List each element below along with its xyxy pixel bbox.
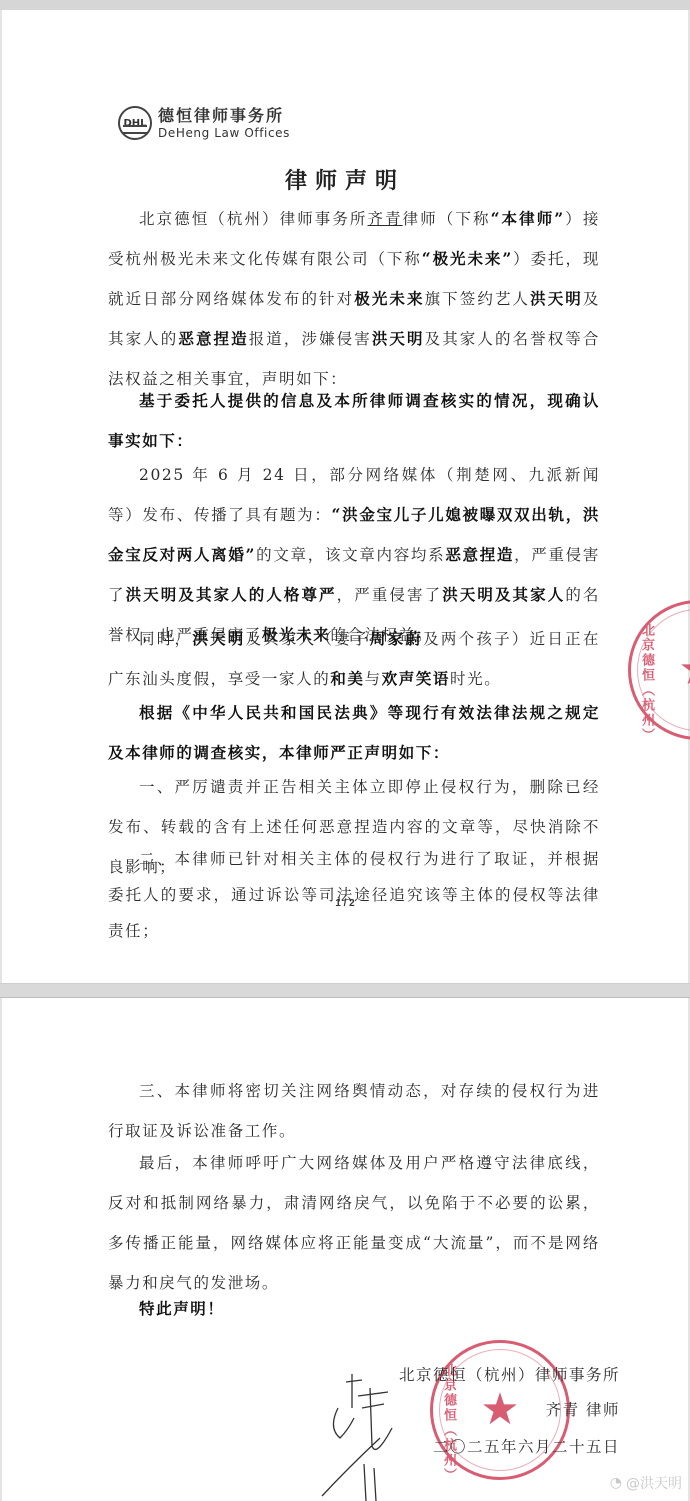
text: 旗下签约艺人 (425, 290, 531, 308)
bold-text: 恶意捏造 (445, 545, 514, 564)
statement-item-2: 二、本律师已针对相关主体的侵权行为进行了取证，并根据委托人的要求，通过诉讼等司法… (108, 841, 600, 949)
intro-paragraph: 北京德恒（杭州）律师事务所齐青律师（下称“本律师”）接受杭州极光未来文化传媒有限… (108, 199, 600, 399)
bold-text: 恶意捏造 (178, 329, 248, 348)
bold-text: 洪天明及其家人的人格尊严 (126, 585, 337, 604)
text: 的文章，该文章内容均系 (256, 546, 445, 564)
text: 北京德恒（杭州）律师事务所 (139, 210, 368, 228)
lawyer-name: 齐青 (368, 210, 403, 228)
firm-name-cn: 德恒律师事务所 (158, 108, 290, 124)
firm-name-en: DeHeng Law Offices (158, 127, 290, 139)
weibo-watermark: ◔ @洪天明 (610, 1473, 682, 1493)
firm-logo: DHL 德恒律师事务所 DeHeng Law Offices (118, 106, 290, 140)
fact-paragraph-2: 同时，洪天明及其家人（妻子周家蔚及两个孩子）近日正在广东汕头度假，享受一家人的和… (108, 619, 600, 699)
bold-text: 欢声笑语 (382, 669, 450, 688)
watermark-handle: @洪天明 (626, 1473, 682, 1493)
text: 律师（下称 (403, 210, 491, 228)
badge-text: DHL (123, 118, 146, 129)
alias-client: “极光未来” (422, 249, 513, 268)
statement-item-3: 三、本律师将密切关注网络舆情动态，对存续的侵权行为进行取证及诉讼准备工作。 (108, 1071, 600, 1151)
bold-text: 周家蔚 (370, 629, 423, 648)
top-gap (0, 0, 690, 10)
text: 时光。 (450, 670, 501, 688)
text: 与 (365, 670, 382, 688)
signature-firm: 北京德恒（杭州）律师事务所 (399, 1363, 620, 1385)
bold-text: 洪天明 (530, 289, 583, 308)
bold-text: 极光未来 (354, 289, 424, 308)
weibo-icon: ◔ (610, 1475, 622, 1491)
page-separator (0, 983, 690, 998)
bold-text: 洪天明及其家人 (442, 585, 565, 604)
text: ，严重侵害了 (337, 586, 443, 604)
text: 及其家人（妻子 (246, 630, 370, 648)
text: 同时， (139, 630, 192, 648)
page-number: 1 / 2 (0, 898, 690, 909)
text: 报道，涉嫌侵害 (249, 330, 372, 348)
star-icon: ★ (678, 648, 690, 692)
bold-text: 洪天明 (192, 629, 245, 648)
bold-text: 和美 (330, 669, 364, 688)
statement-heading: 根据《中华人民共和国民法典》等现行有效法律法规之规定及本律师的调查核实，本律师严… (108, 693, 600, 773)
firm-name-block: 德恒律师事务所 DeHeng Law Offices (158, 108, 290, 139)
alias-lawyer: “本律师” (491, 209, 565, 228)
signature-date: 二〇二五年六月二十五日 (433, 1435, 620, 1457)
facts-heading: 基于委托人提供的信息及本所律师调查核实的情况，现确认事实如下： (108, 381, 600, 461)
closing-paragraph: 最后，本律师呼吁广大网络媒体及用户严格遵守法律底线，反对和抵制网络暴力，肃清网络… (108, 1143, 600, 1303)
handwritten-signature (318, 1368, 408, 1501)
document-title: 律师声明 (0, 164, 690, 195)
declaration: 特此声明！ (108, 1289, 600, 1329)
signature-lawyer: 齐青 律师 (546, 1398, 620, 1420)
seal-text: 北京德恒（杭州） (637, 623, 656, 737)
firm-badge-icon: DHL (118, 106, 152, 140)
bold-text: 洪天明 (372, 329, 425, 348)
star-icon: ★ (480, 1388, 519, 1432)
